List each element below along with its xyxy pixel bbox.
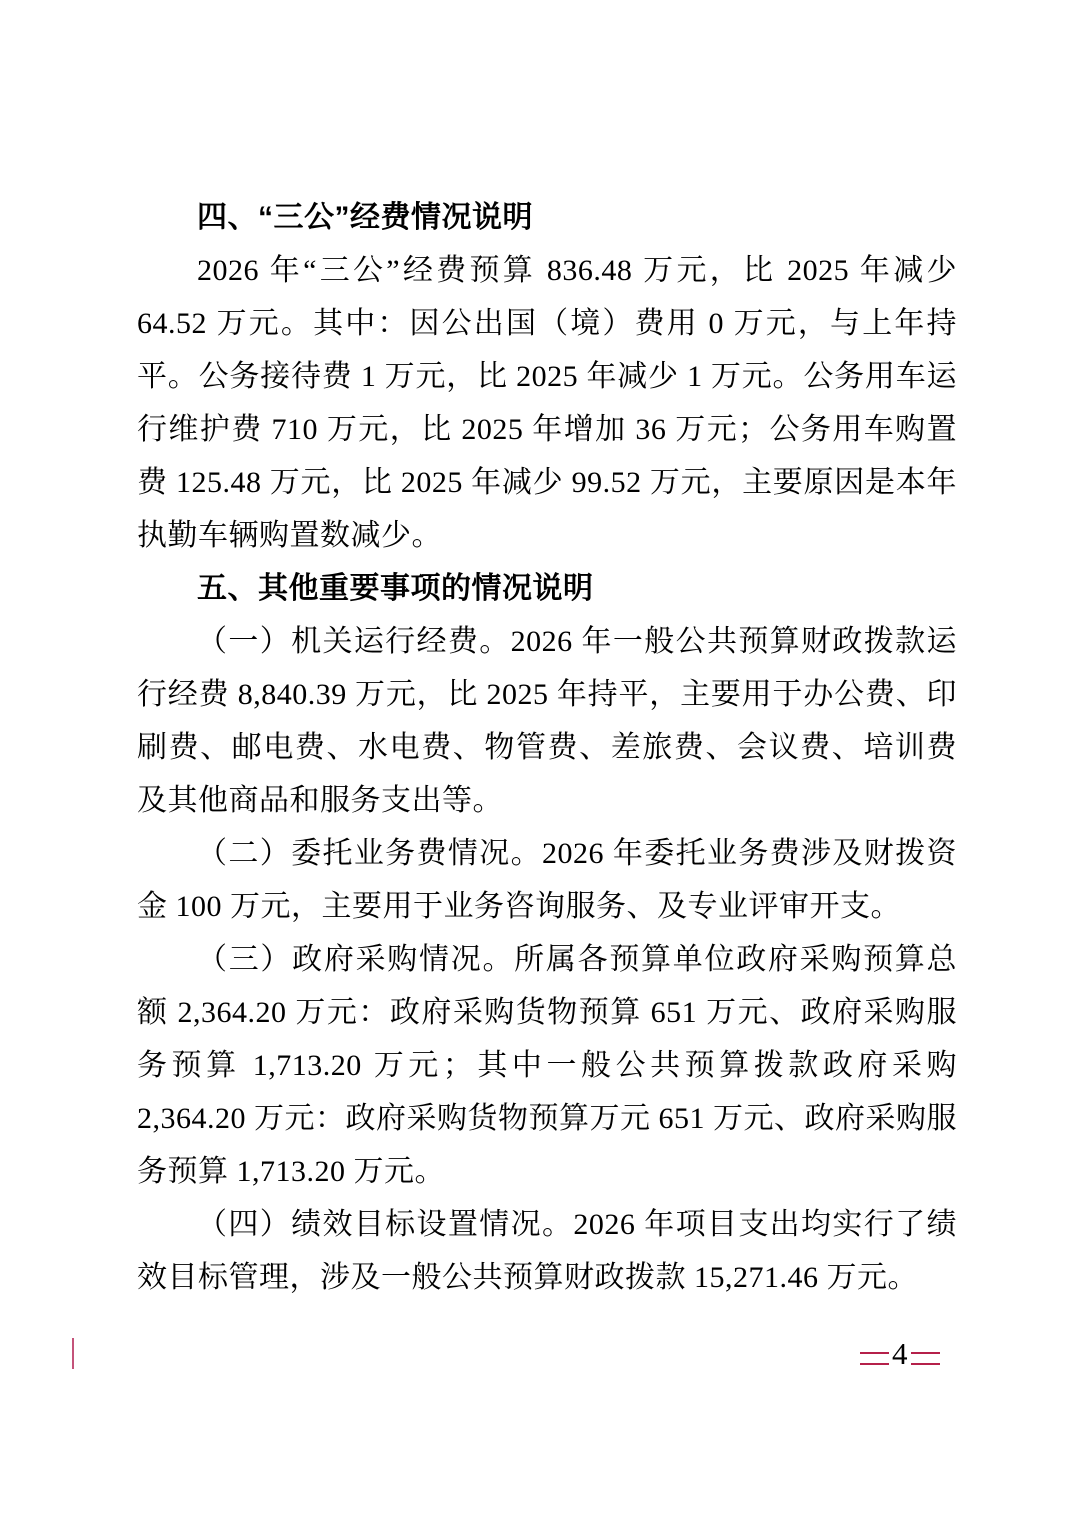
section-heading: 四、“三公”经费情况说明	[137, 191, 957, 244]
document-page: 四、“三公”经费情况说明2026 年“三公”经费预算 836.48 万元，比 2…	[0, 0, 1074, 1520]
body-paragraph: 2026 年“三公”经费预算 836.48 万元，比 2025 年减少 64.5…	[137, 244, 957, 562]
section-heading: 五、其他重要事项的情况说明	[137, 562, 957, 615]
body-paragraph: （三）政府采购情况。所属各预算单位政府采购预算总额 2,364.20 万元：政府…	[137, 933, 957, 1198]
body-paragraph: （四）绩效目标设置情况。2026 年项目支出均实行了绩效目标管理，涉及一般公共预…	[137, 1198, 957, 1304]
body-paragraph: （二）委托业务费情况。2026 年委托业务费涉及财拨资金 100 万元，主要用于…	[137, 827, 957, 933]
document-body: 四、“三公”经费情况说明2026 年“三公”经费预算 836.48 万元，比 2…	[137, 191, 957, 1304]
body-paragraph: （一）机关运行经费。2026 年一般公共预算财政拨款运行经费 8,840.39 …	[137, 615, 957, 827]
page-number: 4	[889, 1338, 911, 1369]
page-number-dash-right	[911, 1352, 940, 1365]
page-number-dash-left	[860, 1352, 889, 1365]
page-footer: 4	[860, 1334, 940, 1370]
revision-change-bar	[72, 1338, 74, 1369]
